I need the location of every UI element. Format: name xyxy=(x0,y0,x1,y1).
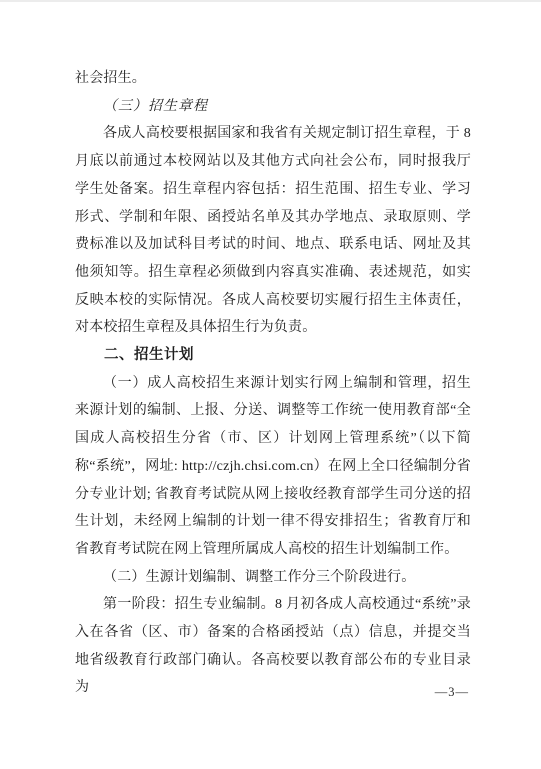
document-body: 社会招生。（三）招生章程各成人高校要根据国家和我省有关规定制订招生章程，于 8 … xyxy=(75,65,471,702)
heading-chapter-two: 二、招生计划 xyxy=(75,342,471,370)
para-stage-one: 第一阶段：招生专业编制。8 月初各成人高校通过“系统”录入在各省（区、市）备案的… xyxy=(75,591,471,702)
para-continuation: 社会招生。 xyxy=(75,65,471,93)
para-enrollment-charter: 各成人高校要根据国家和我省有关规定制订招生章程，于 8 月底以前通过本校网站以及… xyxy=(75,120,471,342)
document-page: 社会招生。（三）招生章程各成人高校要根据国家和我省有关规定制订招生章程，于 8 … xyxy=(0,0,541,769)
heading-section-three: （三）招生章程 xyxy=(75,93,471,121)
para-plan-item-one: （一）成人高校招生来源计划实行网上编制和管理，招生来源计划的编制、上报、分送、调… xyxy=(75,370,471,564)
page-number: —3— xyxy=(435,685,469,700)
para-plan-item-two: （二）生源计划编制、调整工作分三个阶段进行。 xyxy=(75,564,471,592)
